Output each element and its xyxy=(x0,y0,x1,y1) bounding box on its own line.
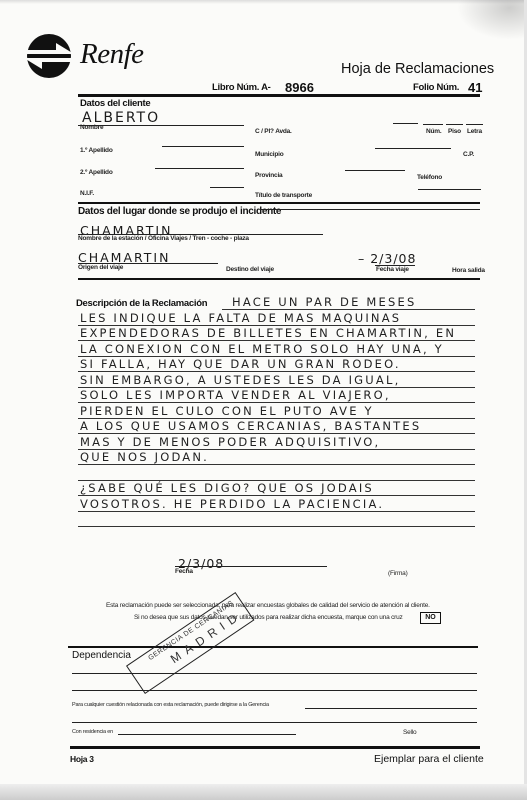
sello-label: Sello xyxy=(403,729,416,736)
telefono-line[interactable] xyxy=(418,189,481,190)
nombre-label: Nombre xyxy=(80,124,103,131)
hora-salida-label: Hora salida xyxy=(452,267,485,274)
description-line: ¿SABE QUÉ LES DIGO? QUE OS JODAIS xyxy=(80,481,374,495)
description-line: SI FALLA, HAY QUE DAR UN GRAN RODEO. xyxy=(80,357,401,371)
destino-label: Destino del viaje xyxy=(226,266,274,273)
estacion-label: Nombre de la estación / Oficina Viajes /… xyxy=(78,235,249,242)
notice-line2: Si no desea que sus datos puedan ser uti… xyxy=(134,614,403,621)
cp-label: C.P. xyxy=(463,151,474,158)
piso-line[interactable] xyxy=(446,124,463,125)
description-line: EXPENDEDORAS DE BILLETES EN CHAMARTIN, E… xyxy=(80,326,456,340)
divider xyxy=(68,646,478,648)
residencia-line[interactable] xyxy=(118,734,296,735)
libro-number: 8966 xyxy=(285,80,314,95)
residencia-label: Con residencia en xyxy=(72,729,113,735)
provincia-label: Provincia xyxy=(255,172,282,179)
incident-section-title: Datos del lugar donde se produjo el inci… xyxy=(78,206,281,217)
letra-label: Letra xyxy=(467,128,482,135)
nif-line[interactable] xyxy=(210,187,244,188)
apellido2-line[interactable] xyxy=(155,168,244,169)
apellido1-line[interactable] xyxy=(162,146,244,147)
calle-line[interactable] xyxy=(393,123,418,124)
municipio-line[interactable] xyxy=(375,148,451,149)
nif-label: N.I.F. xyxy=(80,190,94,197)
description-line: MAS Y DE MENOS PODER ADQUISITIVO, xyxy=(80,435,380,449)
client-section-title: Datos del cliente xyxy=(80,98,150,109)
hoja-label: Hoja 3 xyxy=(70,754,94,764)
fecha-viaje-value[interactable]: – 2/3/08 xyxy=(358,251,416,266)
gerencia-line[interactable] xyxy=(305,708,477,709)
apellido2-label: 2.º Apellido xyxy=(80,169,113,176)
description-rule xyxy=(78,511,475,512)
letra-line[interactable] xyxy=(466,124,483,125)
description-line: HACE UN PAR DE MESES xyxy=(232,295,416,309)
divider xyxy=(78,202,480,204)
libro-label: Libro Núm. A- xyxy=(212,82,271,93)
origen-label: Origen del viaje xyxy=(78,264,123,271)
page-edge-bottom xyxy=(0,784,527,800)
apellido1-label: 1.º Apellido xyxy=(80,147,113,154)
description-line: SIN EMBARGO, A USTEDES LES DA IGUAL, xyxy=(80,373,400,387)
dependencia-line-2[interactable] xyxy=(72,690,477,691)
titulo-label: Título de transporte xyxy=(255,192,312,199)
page-edge-top xyxy=(0,0,527,4)
description-line: A LOS QUE USAMOS CERCANIAS, BASTANTES xyxy=(80,419,421,433)
renfe-logo-icon xyxy=(26,33,72,79)
description-line: LES INDIQUE LA FALTA DE MAS MAQUINAS xyxy=(80,311,401,325)
folio-label: Folio Núm. xyxy=(413,82,459,93)
description-label: Descripción de la Reclamación xyxy=(76,298,207,309)
fecha-line xyxy=(175,566,327,567)
divider xyxy=(70,746,480,749)
firma-label: (Firma) xyxy=(388,570,408,577)
dependencia-line-3[interactable] xyxy=(72,722,477,723)
folio-number: 41 xyxy=(468,80,482,95)
num-label: Núm. xyxy=(426,128,441,135)
fecha-label: Fecha xyxy=(175,568,193,575)
telefono-label: Teléfono xyxy=(417,174,442,181)
municipio-label: Municipio xyxy=(255,151,284,158)
provincia-line[interactable] xyxy=(345,170,405,171)
divider xyxy=(260,209,480,210)
num-line[interactable] xyxy=(423,124,443,125)
no-checkbox[interactable]: NO xyxy=(420,612,441,624)
brand-name: Renfe xyxy=(80,38,144,71)
divider xyxy=(78,94,480,97)
description-rule xyxy=(78,526,475,527)
divider xyxy=(78,278,480,280)
scan-smudge xyxy=(457,0,527,40)
description-line: PIERDEN EL CULO CON EL PUTO AVE Y xyxy=(80,404,374,418)
form-title: Hoja de Reclamaciones xyxy=(341,61,494,77)
ejemplar-label: Ejemplar para el cliente xyxy=(374,753,484,765)
calle-label: C / Pl? Avda. xyxy=(255,128,292,135)
piso-label: Piso xyxy=(448,128,461,135)
dependencia-title: Dependencia xyxy=(72,650,131,661)
fecha-viaje-label: Fecha viaje xyxy=(376,266,409,273)
description-line: VOSOTROS. HE PERDIDO LA PACIENCIA. xyxy=(80,497,384,511)
notice-line1: Esta reclamación puede ser seleccionada,… xyxy=(106,602,430,609)
gerencia-text: Para cualquier cuestión relacionada con … xyxy=(72,702,269,708)
description-line: LA CONEXION CON EL METRO SOLO HAY UNA, Y xyxy=(80,342,444,356)
description-line: SOLO LES IMPORTA VENDER AL VIAJERO, xyxy=(80,388,391,402)
description-line: QUE NOS JODAN. xyxy=(80,450,209,464)
description-rule xyxy=(78,464,475,465)
